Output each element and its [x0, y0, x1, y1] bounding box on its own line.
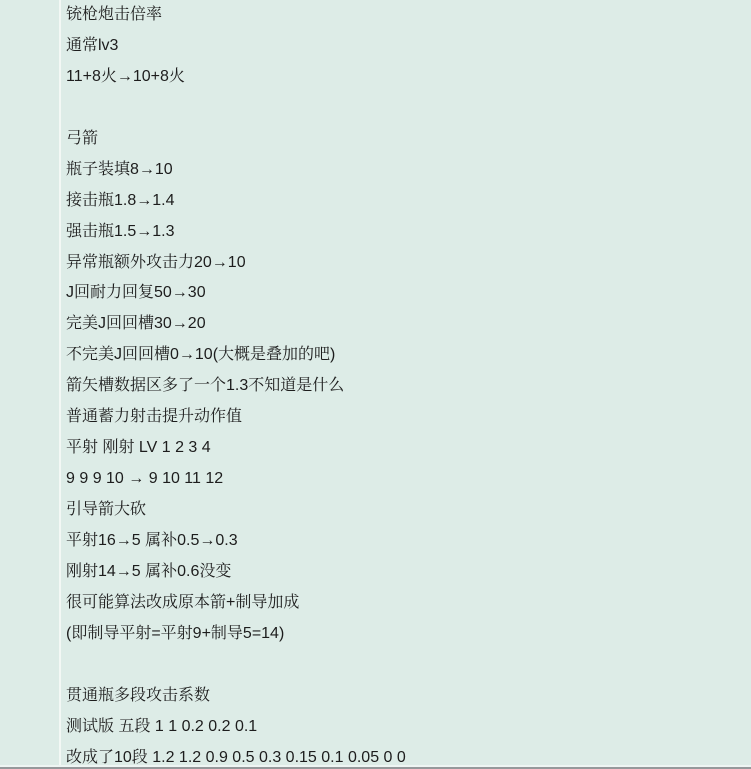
text-line: 平射16→5 属补0.5→0.3 [66, 526, 751, 557]
text-line: 完美J回回槽30→20 [66, 309, 751, 340]
text-line-blank [66, 650, 751, 681]
text-line: 弓箭 [66, 124, 751, 155]
text-line: (即制导平射=平射9+制导5=14) [66, 619, 751, 650]
text-line: 刚射14→5 属补0.6没变 [66, 557, 751, 588]
text-line: 瓶子装填8→10 [66, 155, 751, 186]
text-line: 贯通瓶多段攻击系数 [66, 681, 751, 712]
text-line: 不完美J回回槽0→10(大概是叠加的吧) [66, 340, 751, 371]
text-line: 平射 刚射 LV 1 2 3 4 [66, 433, 751, 464]
text-line: 异常瓶额外攻击力20→10 [66, 248, 751, 279]
text-line: 铳枪炮击倍率 [66, 0, 751, 31]
text-line-blank [66, 93, 751, 124]
document-page: 铳枪炮击倍率 通常lv3 11+8火→10+8火 弓箭 瓶子装填8→10 接击瓶… [0, 0, 751, 769]
text-line: 测试版 五段 1 1 0.2 0.2 0.1 [66, 712, 751, 743]
text-line: J回耐力回复50→30 [66, 278, 751, 309]
text-line: 接击瓶1.8→1.4 [66, 186, 751, 217]
gutter-divider-line [59, 0, 61, 765]
text-line: 引导箭大砍 [66, 495, 751, 526]
text-line: 通常lv3 [66, 31, 751, 62]
text-content: 铳枪炮击倍率 通常lv3 11+8火→10+8火 弓箭 瓶子装填8→10 接击瓶… [66, 0, 751, 765]
text-line: 普通蓄力射击提升动作值 [66, 402, 751, 433]
text-line: 强击瓶1.5→1.3 [66, 217, 751, 248]
text-line: 箭矢槽数据区多了一个1.3不知道是什么 [66, 371, 751, 402]
text-line: 改成了10段 1.2 1.2 0.9 0.5 0.3 0.15 0.1 0.05… [66, 743, 751, 766]
text-line: 9 9 9 10 → 9 10 11 12 [66, 464, 751, 495]
text-line: 很可能算法改成原本箭+制导加成 [66, 588, 751, 619]
text-line: 11+8火→10+8火 [66, 62, 751, 93]
